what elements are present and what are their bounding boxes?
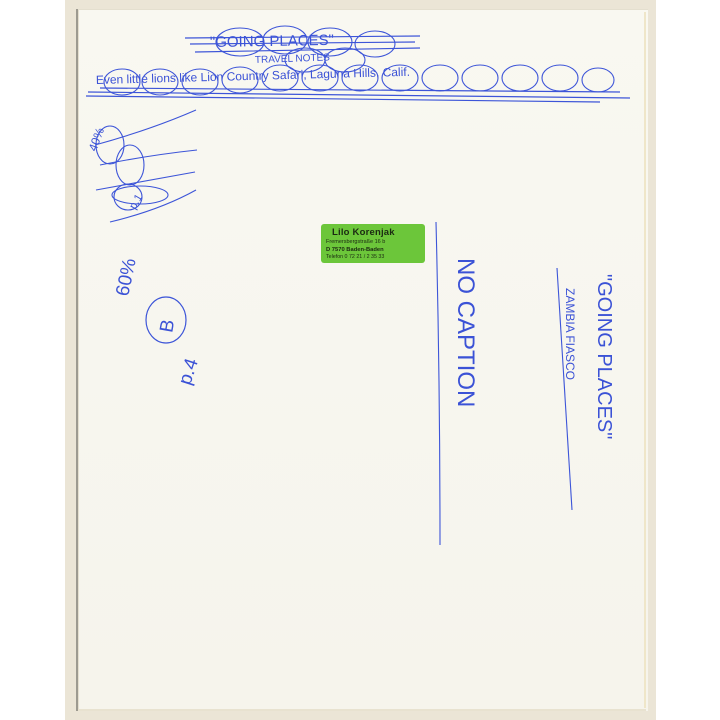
page-note: p.4 <box>175 356 203 388</box>
header-title: "GOING PLACES" <box>210 32 334 51</box>
crossed-out-percent: 40% p.1 <box>86 110 197 222</box>
no-caption-note: NO CAPTION <box>436 222 479 545</box>
crossed-page-text: p.1 <box>127 192 145 211</box>
right-vertical-note: "GOING PLACES" ZAMBIA FIASCO <box>557 268 615 510</box>
size-percent: 60% <box>112 256 140 298</box>
stamp-street: Fremersbergstraße 16 b <box>326 239 385 245</box>
crossed-out-header: "GOING PLACES" TRAVEL NOTES Even little … <box>86 26 630 102</box>
header-caption: Even little lions like Lion Country Safa… <box>96 65 410 87</box>
stamp-phone: Telefon 0 72 21 / 2 35 33 <box>326 254 384 260</box>
right-subtitle: ZAMBIA FIASCO <box>563 288 577 380</box>
stamp-city: D 7570 Baden-Baden <box>326 247 384 253</box>
right-title: "GOING PLACES" <box>593 274 615 439</box>
no-caption-text: NO CAPTION <box>452 258 479 407</box>
photographer-stamp: Lilo Korenjak Fremersbergstraße 16 b D 7… <box>321 224 425 263</box>
circled-letter: B <box>156 318 179 334</box>
stamp-name: Lilo Korenjak <box>332 227 395 238</box>
handwriting-layer: "GOING PLACES" TRAVEL NOTES Even little … <box>0 0 720 720</box>
size-notes: 60% B p.4 <box>112 256 203 387</box>
